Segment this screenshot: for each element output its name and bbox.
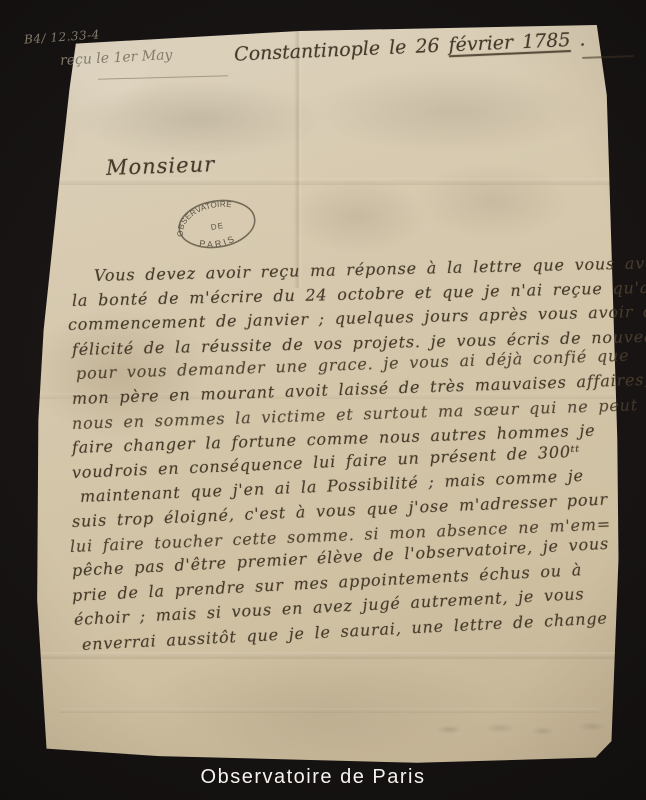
archival-call-number: B4/ 12.33-4 [24,27,101,46]
dateline-underlined: février 1785 [448,29,571,56]
received-date-note: reçu le 1er May [60,47,173,69]
caption-bar: Observatoire de Paris [0,766,646,800]
observatoire-oval-stamp: OBSERVATOIRE DE PARIS [172,192,261,256]
letter-content: B4/ 12.33-4 reçu le 1er May Constantinop… [0,0,646,800]
stamp-text-bottom: PARIS [197,232,238,251]
dateline-prefix: Constantinople le 26 [234,34,449,65]
dateline: Constantinople le 26 février 1785 . [234,28,586,65]
dateline-suffix: . [570,28,586,51]
letter-body: Vous devez avoir reçu ma réponse à la le… [72,264,632,658]
ink-flourish-line [582,55,634,58]
stamp-text-middle: DE [210,221,224,232]
salutation: Monsieur [106,152,216,180]
pencil-underline [98,75,228,79]
scan-photo-background: B4/ 12.33-4 reçu le 1er May Constantinop… [0,0,646,800]
caption-text: Observatoire de Paris [201,766,426,789]
